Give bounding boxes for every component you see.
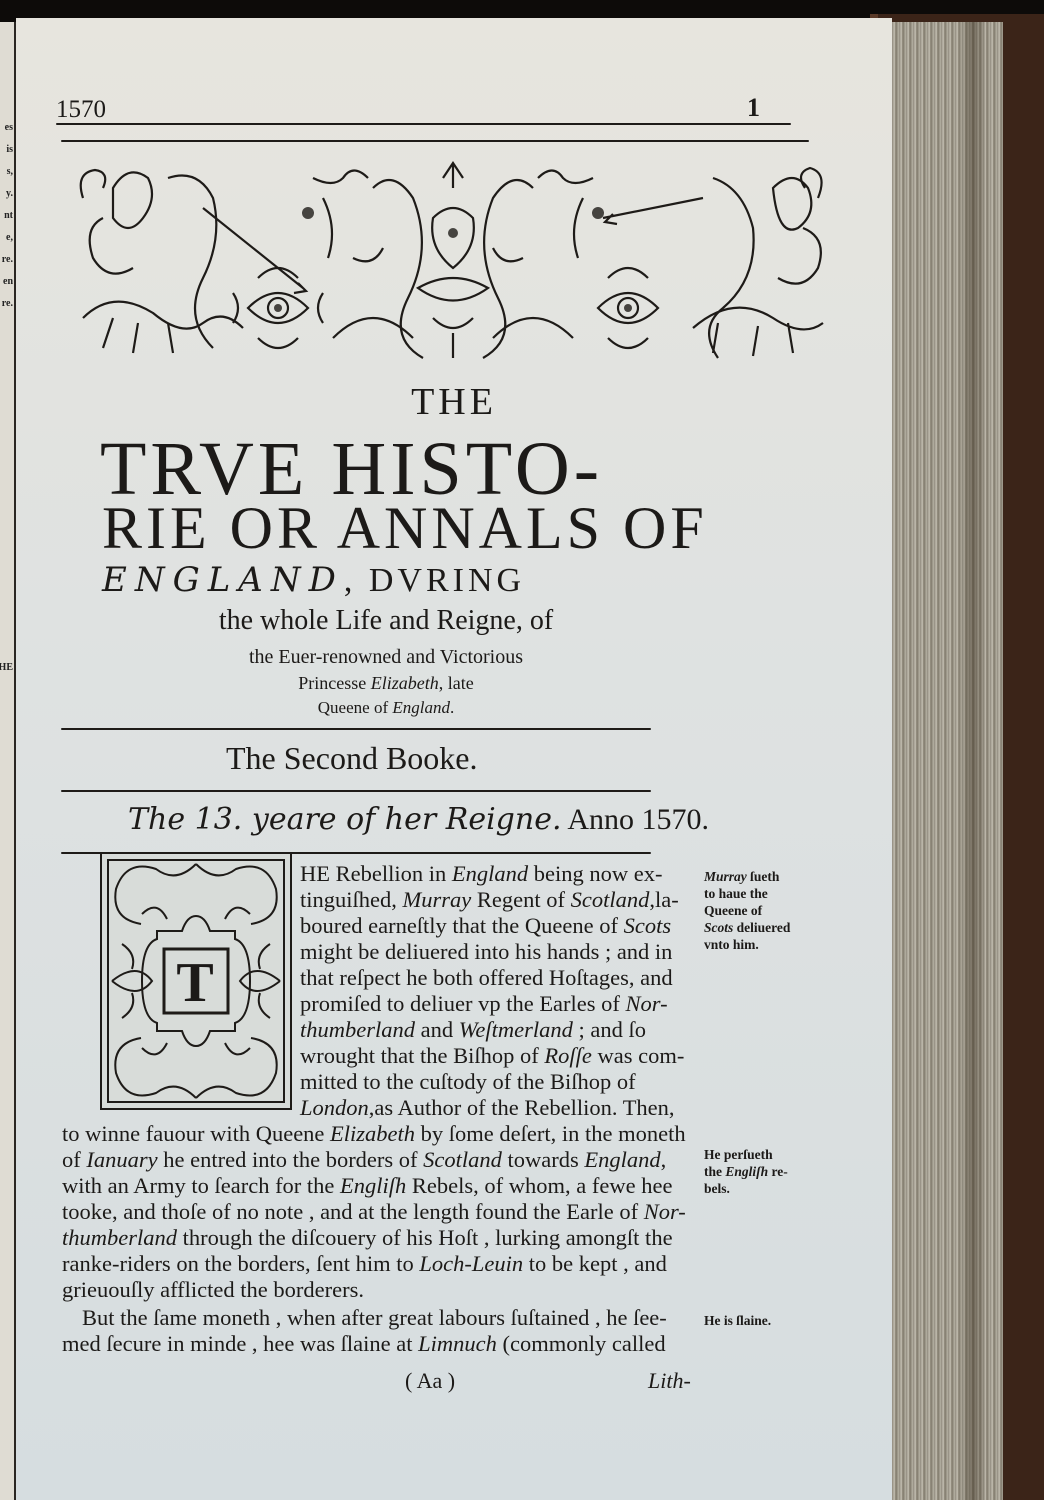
- body-line: might be deliuered into his hands ; and …: [300, 938, 672, 966]
- drop-cap-letter: T: [165, 953, 225, 1013]
- marginal-note-line: Murray ſueth: [704, 868, 779, 885]
- rule-below-book-heading: [61, 790, 651, 792]
- page-edges: [890, 22, 1003, 1500]
- year-heading: The 13. yeare of her Reigne. Anno 1570.: [128, 802, 709, 837]
- title-the: THE: [16, 380, 892, 424]
- running-head-year: 1570: [56, 96, 106, 124]
- marginal-note-line: Scots deliuered: [704, 919, 790, 936]
- body-line: with an Army to ſearch for the Engliſh R…: [62, 1172, 672, 1200]
- header-rule-bottom: [61, 140, 809, 142]
- marginal-note-line: bels.: [704, 1180, 730, 1197]
- decorated-drop-cap: T: [100, 852, 292, 1110]
- woodcut-headpiece-ornament: [73, 158, 835, 363]
- marginal-note-line: to haue the: [704, 885, 768, 902]
- body-line: promiſed to deliuer vp the Earles of Nor…: [300, 990, 668, 1018]
- catchword: Lith-: [648, 1368, 691, 1394]
- title-england-italic: ENGLAND: [102, 560, 344, 600]
- title-line-6: Princesse Elizabeth, late: [126, 673, 646, 694]
- marginal-note-line: vnto him.: [704, 936, 759, 953]
- title-line-2: RIE OR ANNALS OF: [102, 494, 708, 563]
- page-number: 1: [747, 93, 760, 123]
- body-line: that reſpect he both offered Hoſtages, a…: [300, 964, 673, 992]
- body-line: med ſecure in minde , hee was ſlaine at …: [62, 1330, 666, 1358]
- body-line: HE Rebellion in England being now ex-: [300, 860, 662, 888]
- title-line-7: Queene of England.: [126, 698, 646, 718]
- marginal-note-line: He perſueth: [704, 1146, 773, 1163]
- title-line-4: the whole Life and Reigne, of: [126, 605, 646, 637]
- body-line: boured earneſtly that the Queene of Scot…: [300, 912, 671, 940]
- signature-mark: ( Aa ): [405, 1368, 455, 1394]
- book-heading: The Second Booke.: [226, 740, 478, 777]
- body-line: tinguiſhed, Murray Regent of Scotland,la…: [300, 886, 679, 914]
- header-rule-top: [56, 123, 791, 125]
- title-line-5: the Euer-renowned and Victorious: [126, 646, 646, 669]
- body-line: tooke, and thoſe of no note , and at the…: [62, 1198, 686, 1226]
- body-line: to winne fauour with Queene Elizabeth by…: [62, 1120, 686, 1148]
- facing-page-edge: esiss,y.nte,re.enre.HE: [0, 22, 16, 1500]
- body-line: London,as Author of the Rebellion. Then,: [300, 1094, 675, 1122]
- body-line: thumberland through the diſcouery of his…: [62, 1224, 673, 1252]
- marginal-note-line: He is ſlaine.: [704, 1312, 771, 1329]
- marginal-note-line: the Engliſh re-: [704, 1163, 788, 1180]
- body-line: wrought that the Biſhop of Roſſe was com…: [300, 1042, 684, 1070]
- marginal-note-line: Queene of: [704, 902, 762, 919]
- body-line: ranke-riders on the borders, ſent him to…: [62, 1250, 667, 1278]
- body-line: of Ianuary he entred into the borders of…: [62, 1146, 666, 1174]
- body-line: grieuouſly afflicted the borderers.: [62, 1276, 364, 1304]
- title-line-3: ENGLAND, DVRING: [102, 560, 525, 600]
- body-line: thumberland and Weſtmerland ; and ſo: [300, 1016, 646, 1044]
- body-line: mitted to the cuſtody of the Biſhop of: [300, 1068, 636, 1096]
- body-line: But the ſame moneth , when after great l…: [82, 1304, 667, 1332]
- rule-above-book-heading: [61, 728, 651, 730]
